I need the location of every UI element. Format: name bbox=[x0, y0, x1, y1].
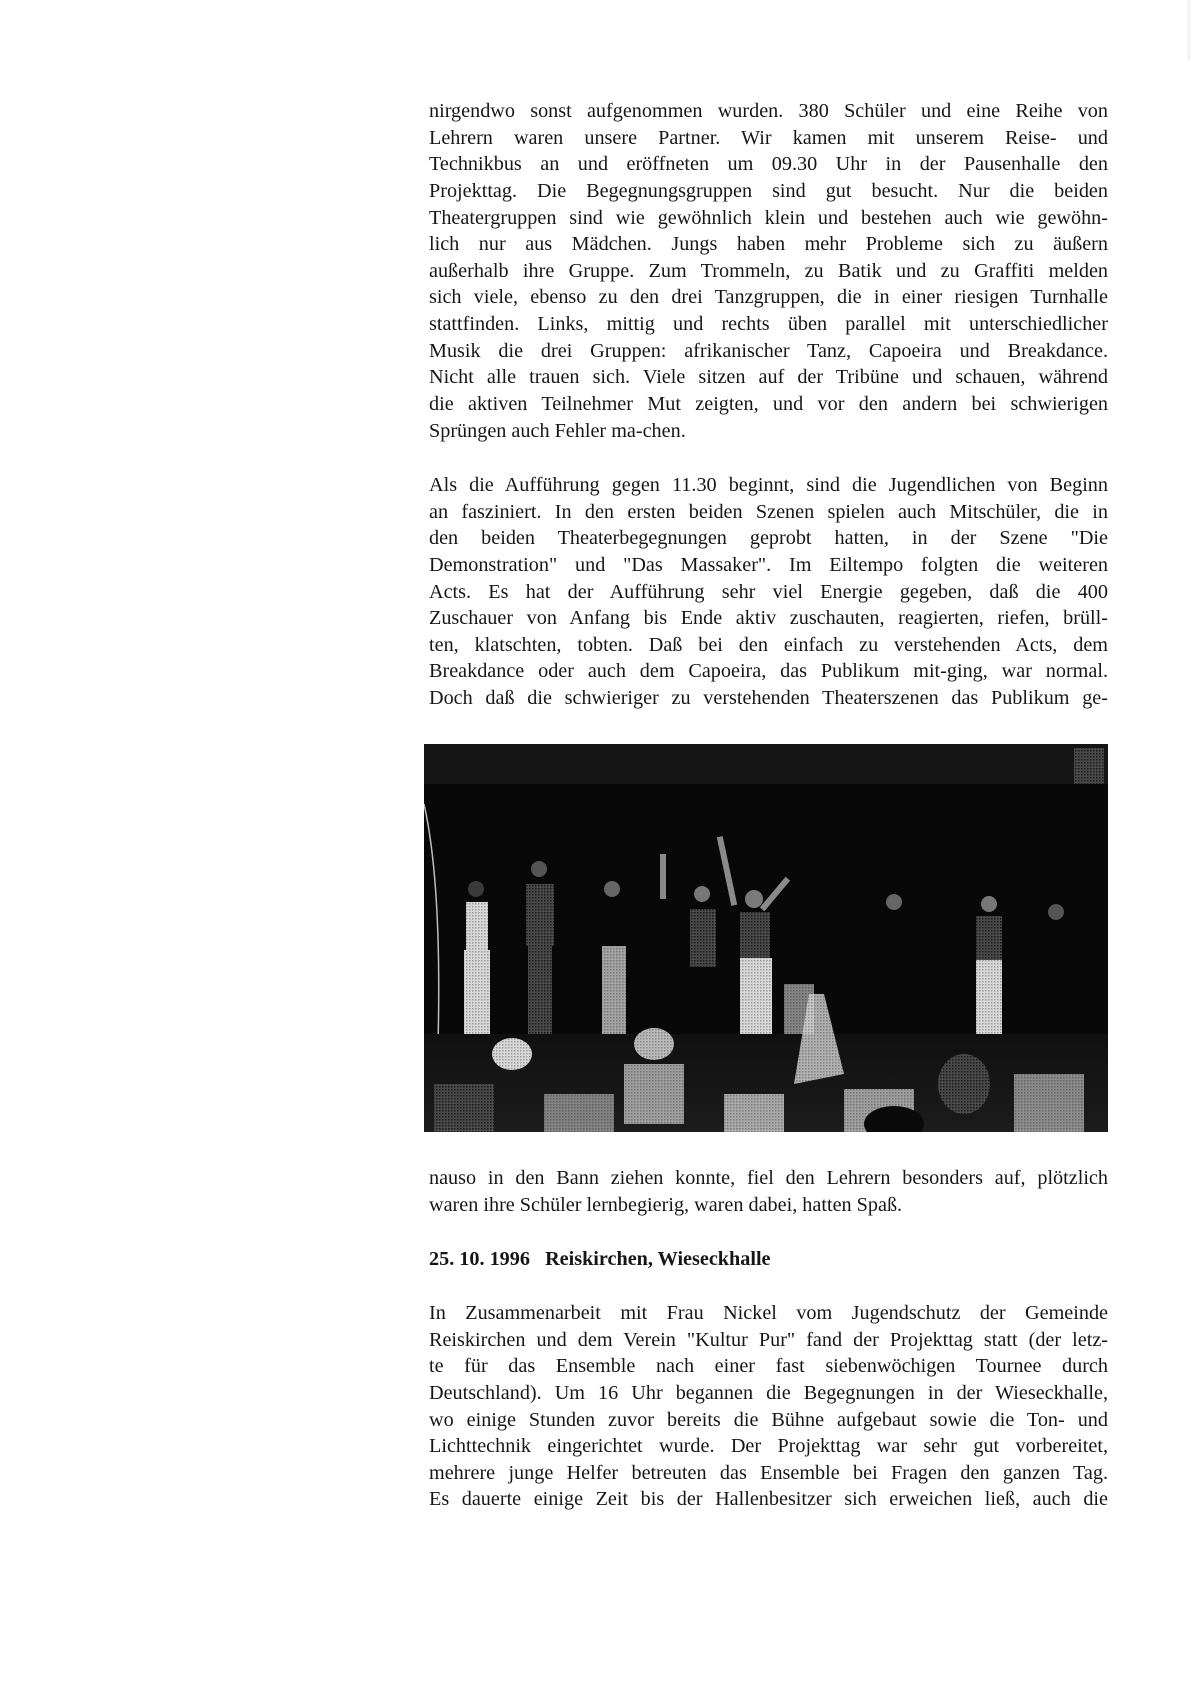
text-line: Projekttag. Die Begegnungsgruppen sind g… bbox=[429, 178, 1108, 205]
text-line: Es dauerte einige Zeit bis der Hallenbes… bbox=[429, 1486, 1108, 1513]
text-line: Deutschland). Um 16 Uhr begannen die Beg… bbox=[429, 1380, 1108, 1407]
section-heading-place: Reiskirchen, Wieseckhalle bbox=[545, 1248, 770, 1270]
text-line: mehrere junge Helfer betreuten das Ensem… bbox=[429, 1460, 1108, 1487]
text-line: Demonstration" und "Das Massaker". Im Ei… bbox=[429, 552, 1108, 579]
text-line: Acts. Es hat der Aufführung sehr viel En… bbox=[429, 579, 1108, 606]
text-line: an fasziniert. In den ersten beiden Szen… bbox=[429, 499, 1108, 526]
section-heading: 25. 10. 1996 Reiskirchen, Wieseckhalle bbox=[429, 1246, 771, 1272]
text-line: Reiskirchen und dem Verein "Kultur Pur" … bbox=[429, 1327, 1108, 1354]
text-line: lich nur aus Mädchen. Jungs haben mehr P… bbox=[429, 231, 1108, 258]
text-line: Doch daß die schwieriger zu verstehenden… bbox=[429, 685, 1108, 712]
paragraph-4: In Zusammenarbeit mit Frau Nickel vom Ju… bbox=[429, 1300, 1108, 1513]
text-line: ten, klatschten, tobten. Daß bei den ein… bbox=[429, 632, 1108, 659]
text-line: Sprüngen auch Fehler ma-chen. bbox=[429, 418, 1108, 445]
text-line: außerhalb ihre Gruppe. Zum Trommeln, zu … bbox=[429, 258, 1108, 285]
paragraph-1: nirgendwo sonst aufgenommen wurden. 380 … bbox=[429, 98, 1108, 444]
text-line: Nicht alle trauen sich. Viele sitzen auf… bbox=[429, 364, 1108, 391]
text-line: Als die Aufführung gegen 11.30 beginnt, … bbox=[429, 472, 1108, 499]
scan-edge-artifact bbox=[1186, 0, 1192, 60]
text-line: nauso in den Bann ziehen konnte, fiel de… bbox=[429, 1165, 1108, 1192]
text-line: Breakdance oder auch dem Capoeira, das P… bbox=[429, 658, 1108, 685]
text-line: Musik die drei Gruppen: afrikanischer Ta… bbox=[429, 338, 1108, 365]
text-line: Lehrern waren unsere Partner. Wir kamen … bbox=[429, 125, 1108, 152]
text-line: te für das Ensemble nach einer fast sieb… bbox=[429, 1353, 1108, 1380]
section-heading-date: 25. 10. 1996 bbox=[429, 1248, 530, 1270]
text-line: In Zusammenarbeit mit Frau Nickel vom Ju… bbox=[429, 1300, 1108, 1327]
text-line: sich viele, ebenso zu den drei Tanzgrupp… bbox=[429, 284, 1108, 311]
text-line: Lichttechnik eingerichtet wurde. Der Pro… bbox=[429, 1433, 1108, 1460]
text-line: Technikbus an und eröffneten um 09.30 Uh… bbox=[429, 151, 1108, 178]
text-line: Zuschauer von Anfang bis Ende aktiv zusc… bbox=[429, 605, 1108, 632]
text-line: nirgendwo sonst aufgenommen wurden. 380 … bbox=[429, 98, 1108, 125]
text-line: wo einige Stunden zuvor bereits die Bühn… bbox=[429, 1407, 1108, 1434]
text-line: den beiden Theaterbegegnungen geprobt ha… bbox=[429, 525, 1108, 552]
text-line: Theatergruppen sind wie gewöhnlich klein… bbox=[429, 205, 1108, 232]
stage-performance-photo bbox=[424, 744, 1108, 1132]
paragraph-2: Als die Aufführung gegen 11.30 beginnt, … bbox=[429, 472, 1108, 712]
text-line: stattfinden. Links, mittig und rechts üb… bbox=[429, 311, 1108, 338]
text-line: die aktiven Teilnehmer Mut zeigten, und … bbox=[429, 391, 1108, 418]
paragraph-3: nauso in den Bann ziehen konnte, fiel de… bbox=[429, 1165, 1108, 1218]
text-line: waren ihre Schüler lernbegierig, waren d… bbox=[429, 1192, 1108, 1219]
